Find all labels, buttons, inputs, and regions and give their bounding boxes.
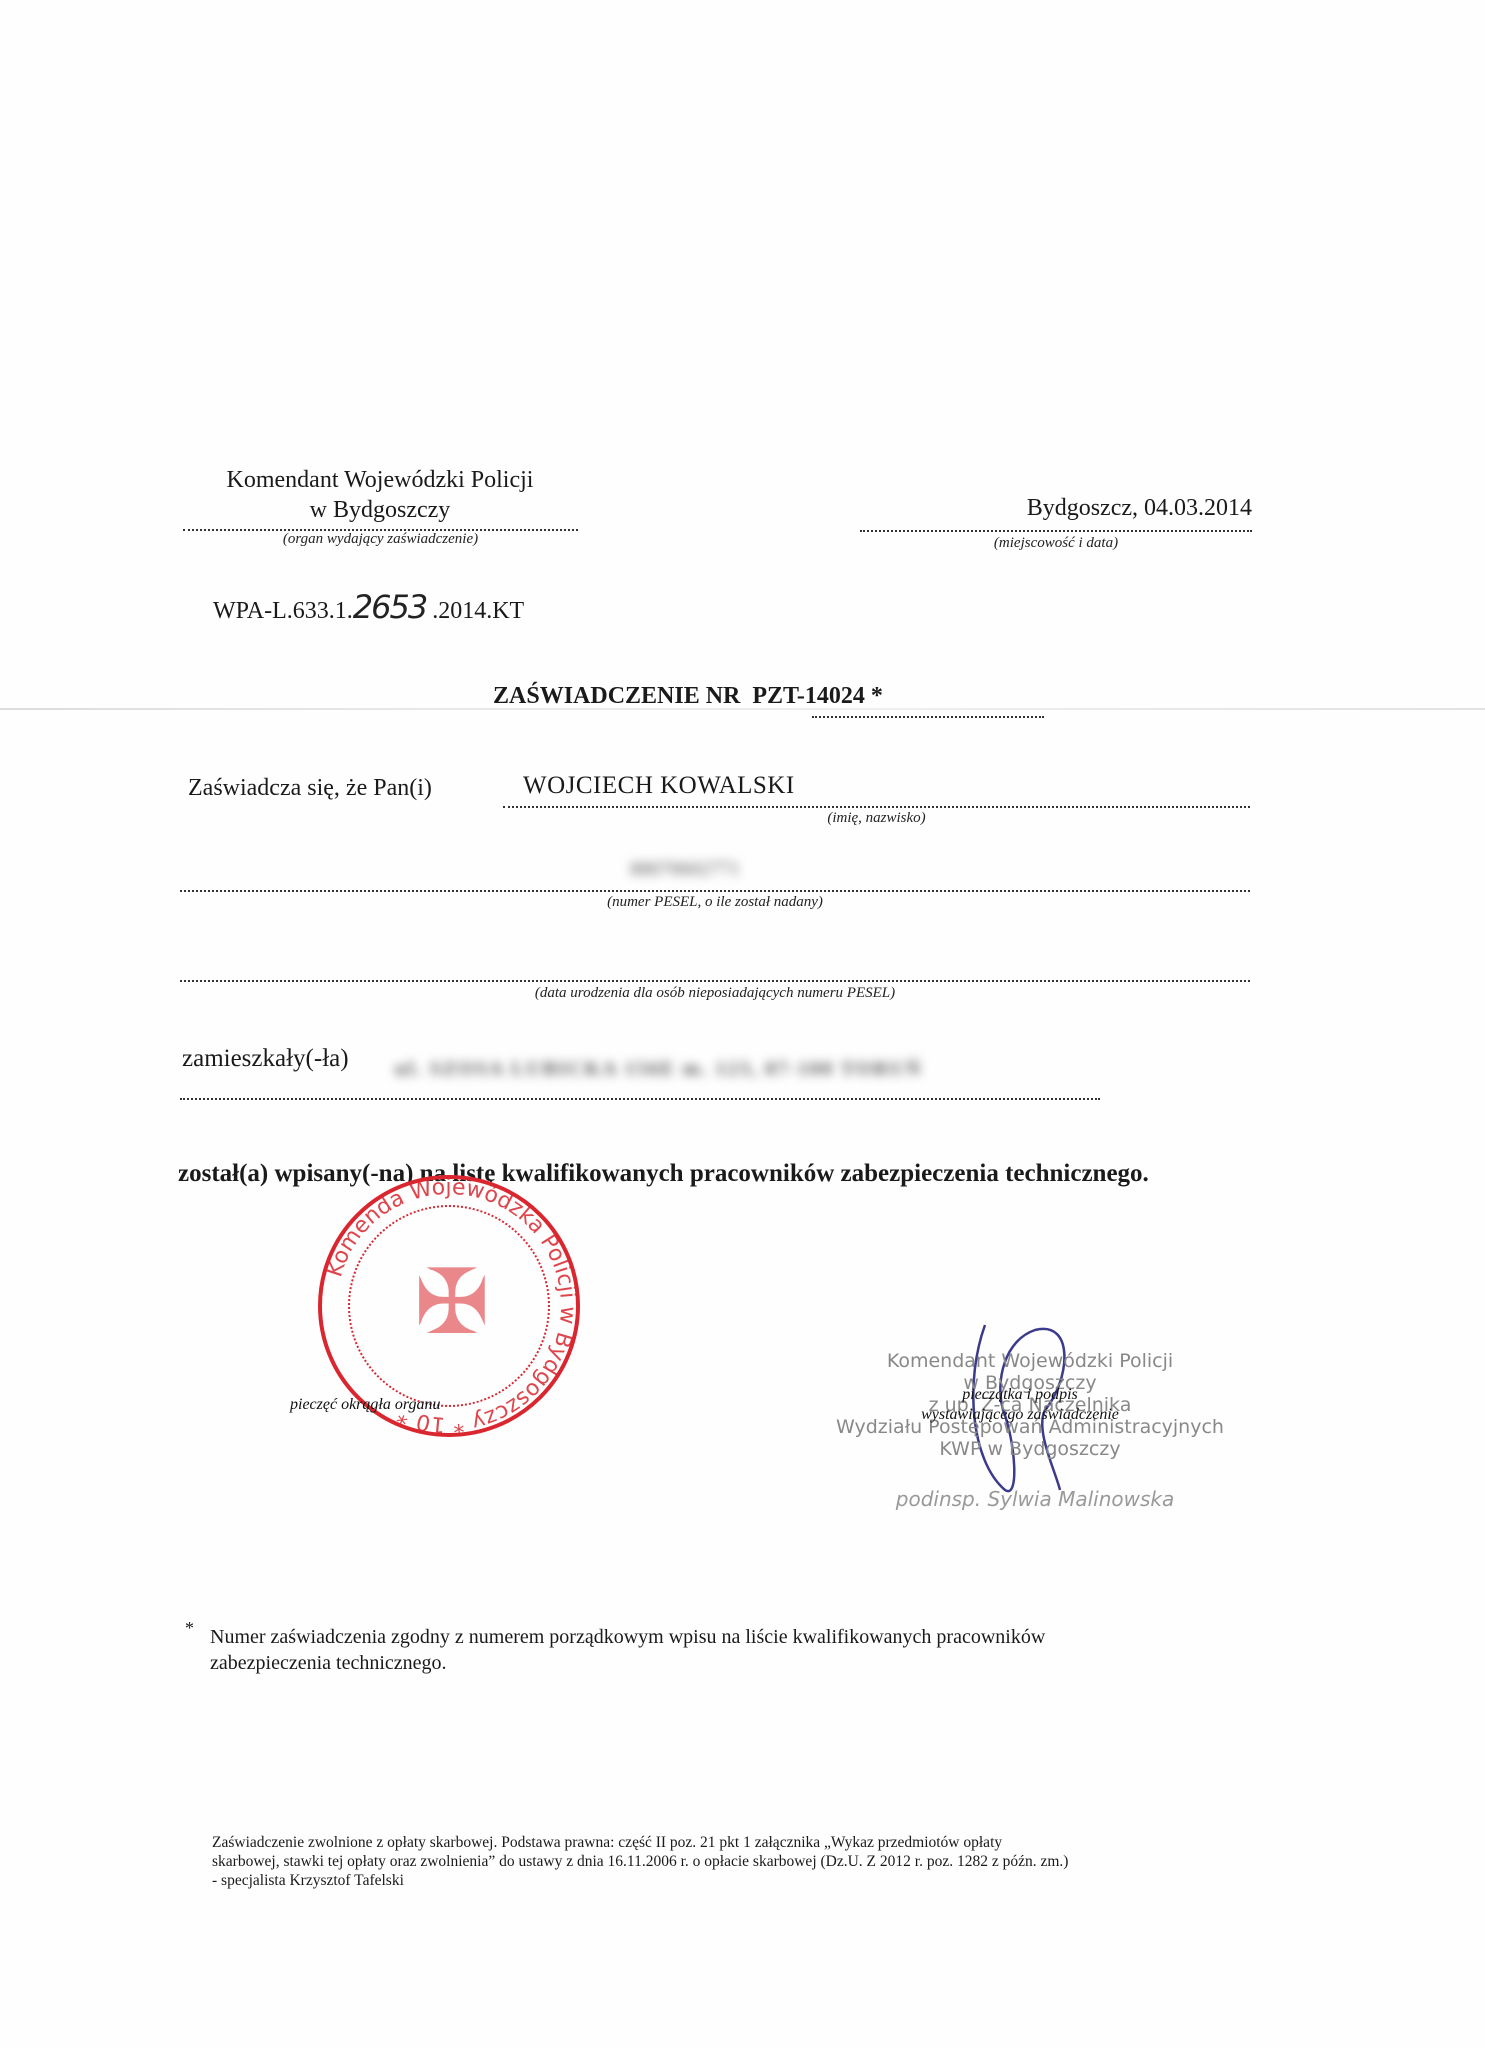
footnote: Numer zaświadczenia zgodny z numerem por… bbox=[210, 1624, 1045, 1676]
issuer-line2: w Bydgoszczy bbox=[180, 495, 580, 525]
pesel-dotted-line bbox=[180, 890, 1250, 892]
footnote-line1: Numer zaświadczenia zgodny z numerem por… bbox=[210, 1624, 1045, 1650]
footer-line3: - specjalista Krzysztof Tafelski bbox=[212, 1871, 1287, 1890]
signature-line-1: Komendant Wojewódzki Policji bbox=[830, 1350, 1230, 1372]
fee-exemption-footer: Zaświadczenie zwolnione z opłaty skarbow… bbox=[212, 1833, 1287, 1890]
name-caption: (imię, nazwisko) bbox=[503, 810, 1250, 827]
reference-handwritten-number: 2653 bbox=[353, 588, 426, 626]
signature-line-5: KWP w Bydgoszczy bbox=[830, 1438, 1230, 1460]
document-title: ZAŚWIADCZENIE NR PZT-14024 * bbox=[493, 683, 883, 710]
address-dotted-line bbox=[180, 1098, 1100, 1100]
footnote-line2: zabezpieczenia technicznego. bbox=[210, 1650, 1045, 1676]
pesel-redacted: 88070602771 bbox=[630, 858, 740, 881]
name-dotted-line bbox=[503, 806, 1250, 808]
footnote-marker: * bbox=[185, 1618, 194, 1639]
reference-prefix: WPA-L.633.1. bbox=[213, 598, 353, 624]
person-name: WOJCIECH KOWALSKI bbox=[523, 772, 795, 800]
certificate-number-dotted-line bbox=[812, 716, 1044, 718]
place-date-caption: (miejscowość i data) bbox=[860, 535, 1252, 552]
reference-number: WPA-L.633.1.2653 .2014.KT bbox=[213, 588, 524, 626]
reference-suffix: .2014.KT bbox=[432, 598, 524, 624]
place-date-dotted-line bbox=[860, 530, 1252, 532]
footer-line1: Zaświadczenie zwolnione z opłaty skarbow… bbox=[212, 1833, 1287, 1852]
certifies-intro: Zaświadcza się, że Pan(i) bbox=[188, 775, 432, 802]
certificate-number: PZT-14024 * bbox=[752, 683, 882, 709]
issuer-line1: Komendant Wojewódzki Policji bbox=[180, 465, 580, 495]
dob-caption: (data urodzenia dla osób nieposiadającyc… bbox=[180, 985, 1250, 1002]
stamp-caption: pieczęć okrągła organu bbox=[290, 1396, 490, 1414]
signer-name: podinsp. Sylwia Malinowska bbox=[870, 1487, 1200, 1511]
issuer-block: Komendant Wojewódzki Policji w Bydgoszcz… bbox=[180, 465, 580, 525]
address-label: zamieszkały(-ła) bbox=[182, 1045, 349, 1073]
issuer-caption: (organ wydający zaświadczenie) bbox=[183, 531, 578, 548]
signature-caption: pieczątka i podpis wystawiającego zaświa… bbox=[840, 1385, 1200, 1425]
title-label: ZAŚWIADCZENIE NR bbox=[493, 683, 740, 709]
pesel-caption: (numer PESEL, o ile został nadany) bbox=[180, 894, 1250, 911]
footer-line2: skarbowej, stawki tej opłaty oraz zwolni… bbox=[212, 1852, 1287, 1871]
place-date: Bydgoszcz, 04.03.2014 bbox=[860, 495, 1252, 522]
signature-caption-line1: pieczątka i podpis bbox=[840, 1385, 1200, 1405]
address-redacted: ul. SZOSA LUBICKA 156E m. 123, 87-100 TO… bbox=[395, 1058, 923, 1081]
signature-caption-line2: wystawiającego zaświadczenie bbox=[840, 1405, 1200, 1425]
dob-dotted-line bbox=[180, 980, 1250, 982]
